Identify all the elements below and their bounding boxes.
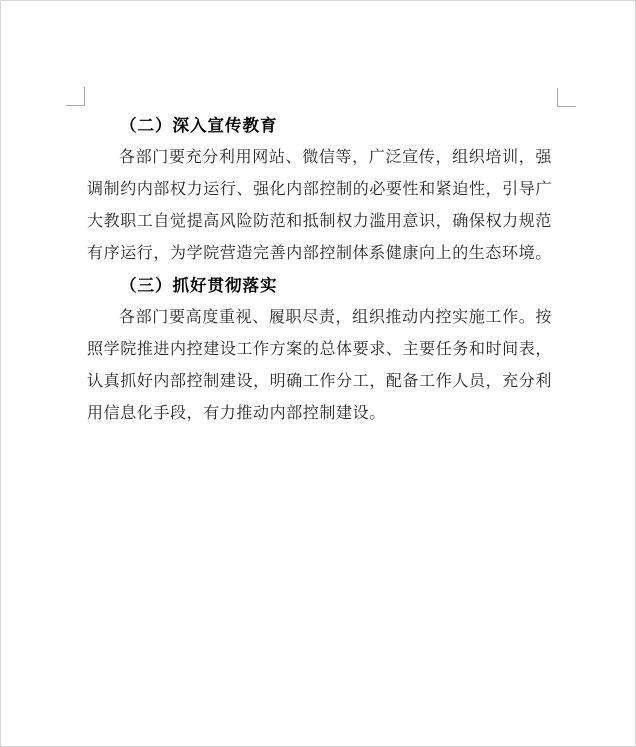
text-boundary-crop-mark-top-right (557, 88, 576, 107)
document-body: （二）深入宣传教育 各部门要充分利用网站、微信等，广泛宣传，组织培训，强调制约内… (87, 110, 552, 430)
section-heading-3: （三）抓好贯彻落实 (87, 270, 552, 302)
text-boundary-crop-mark-top-left (66, 87, 85, 106)
section-heading-2: （二）深入宣传教育 (87, 110, 552, 142)
document-page: （二）深入宣传教育 各部门要充分利用网站、微信等，广泛宣传，组织培训，强调制约内… (0, 0, 636, 747)
section-paragraph: 各部门要充分利用网站、微信等，广泛宣传，组织培训，强调制约内部权力运行、强化内部… (87, 142, 552, 270)
section-paragraph: 各部门要高度重视、履职尽责，组织推动内控实施工作。按照学院推进内控建设工作方案的… (87, 302, 552, 430)
